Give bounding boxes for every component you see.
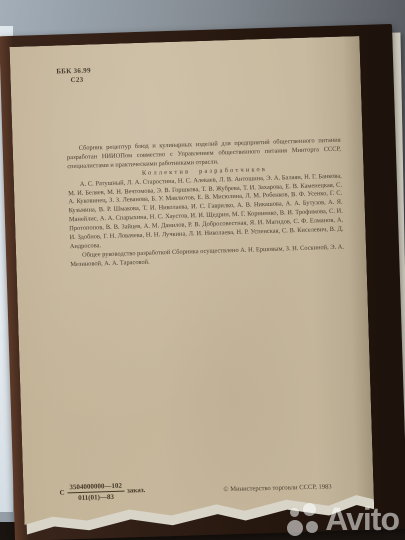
catalog-number: С3504000000—102011(01)—83заказ. bbox=[59, 481, 145, 503]
avito-watermark-label: Avito bbox=[325, 501, 399, 538]
catalog-fraction: 3504000000—102011(01)—83 bbox=[67, 482, 124, 503]
catalog-prefix: С bbox=[59, 489, 64, 497]
imprint-page: ББК 36.99 С23 Сборник рецептур блюд и ку… bbox=[10, 36, 375, 530]
catalog-suffix: заказ. bbox=[127, 486, 146, 495]
copyright-line: © Министерство торговли СССР, 1983 bbox=[223, 483, 331, 493]
bbk-author-sign: С23 bbox=[70, 75, 91, 85]
imprint-text-block: Сборник рецептур блюд и кулинарных издел… bbox=[67, 137, 345, 270]
catalog-denominator: 011(01)—83 bbox=[68, 492, 125, 503]
bbk-classification: ББК 36.99 С23 bbox=[56, 66, 91, 85]
avito-watermark: Avito bbox=[287, 501, 399, 538]
book: ББК 36.99 С23 Сборник рецептур блюд и ку… bbox=[0, 24, 405, 540]
photo-scene: го щ в отр логи дукц ство ССС благ шко п… bbox=[0, 0, 405, 540]
avito-dots-icon bbox=[287, 503, 321, 537]
team-names-paragraph: А. С. Ратушный, Л. А. Старостина, Н. С. … bbox=[68, 172, 344, 252]
